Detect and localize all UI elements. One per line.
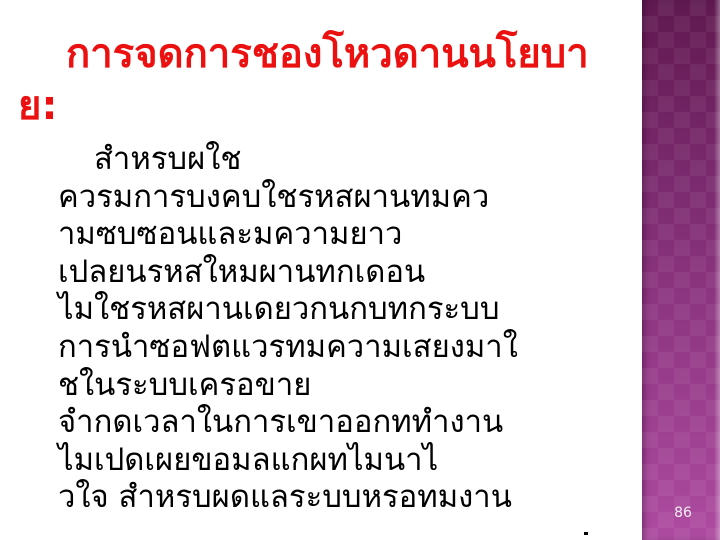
body-line: การนำซอฟตแวรทมความเสยงมาใ xyxy=(58,329,618,367)
body-line: สำหรบผใช xyxy=(58,141,618,179)
body-line: ชในระบบเครอขาย xyxy=(58,367,618,405)
body-line: ามซบซอนและมความยาว xyxy=(58,216,618,254)
title-line-1: การจดการชองโหวดานนโยบา xyxy=(18,28,618,80)
slide: การจดการชองโหวดานนโยบา ย: สำหรบผใช ควรมก… xyxy=(0,0,720,540)
body-line: วใจ สำหรบผดแลระบบหรอทมงาน xyxy=(58,479,618,517)
body-line: ควรมการบงคบใชรหสผานทมคว xyxy=(58,179,618,217)
body-line: ไมใชรหสผานเดยวกนกบทกระบบ xyxy=(58,291,618,329)
body-line: จำกดเวลาในการเขาออกททำงาน xyxy=(58,404,618,442)
body-line: ไมเปดเผยขอมลแกผทไมนาไ xyxy=(58,442,618,480)
page-number: 86 xyxy=(668,503,698,523)
truncated-character-dot xyxy=(584,532,588,535)
title-line-2: ย: xyxy=(18,80,618,132)
decorative-sidebar: 86 xyxy=(642,0,720,540)
slide-body-text: สำหรบผใช ควรมการบงคบใชรหสผานทมคว ามซบซอน… xyxy=(58,141,618,517)
slide-title: การจดการชองโหวดานนโยบา ย: xyxy=(18,28,618,132)
body-line: เปลยนรหสใหมผานทกเดอน xyxy=(58,254,618,292)
